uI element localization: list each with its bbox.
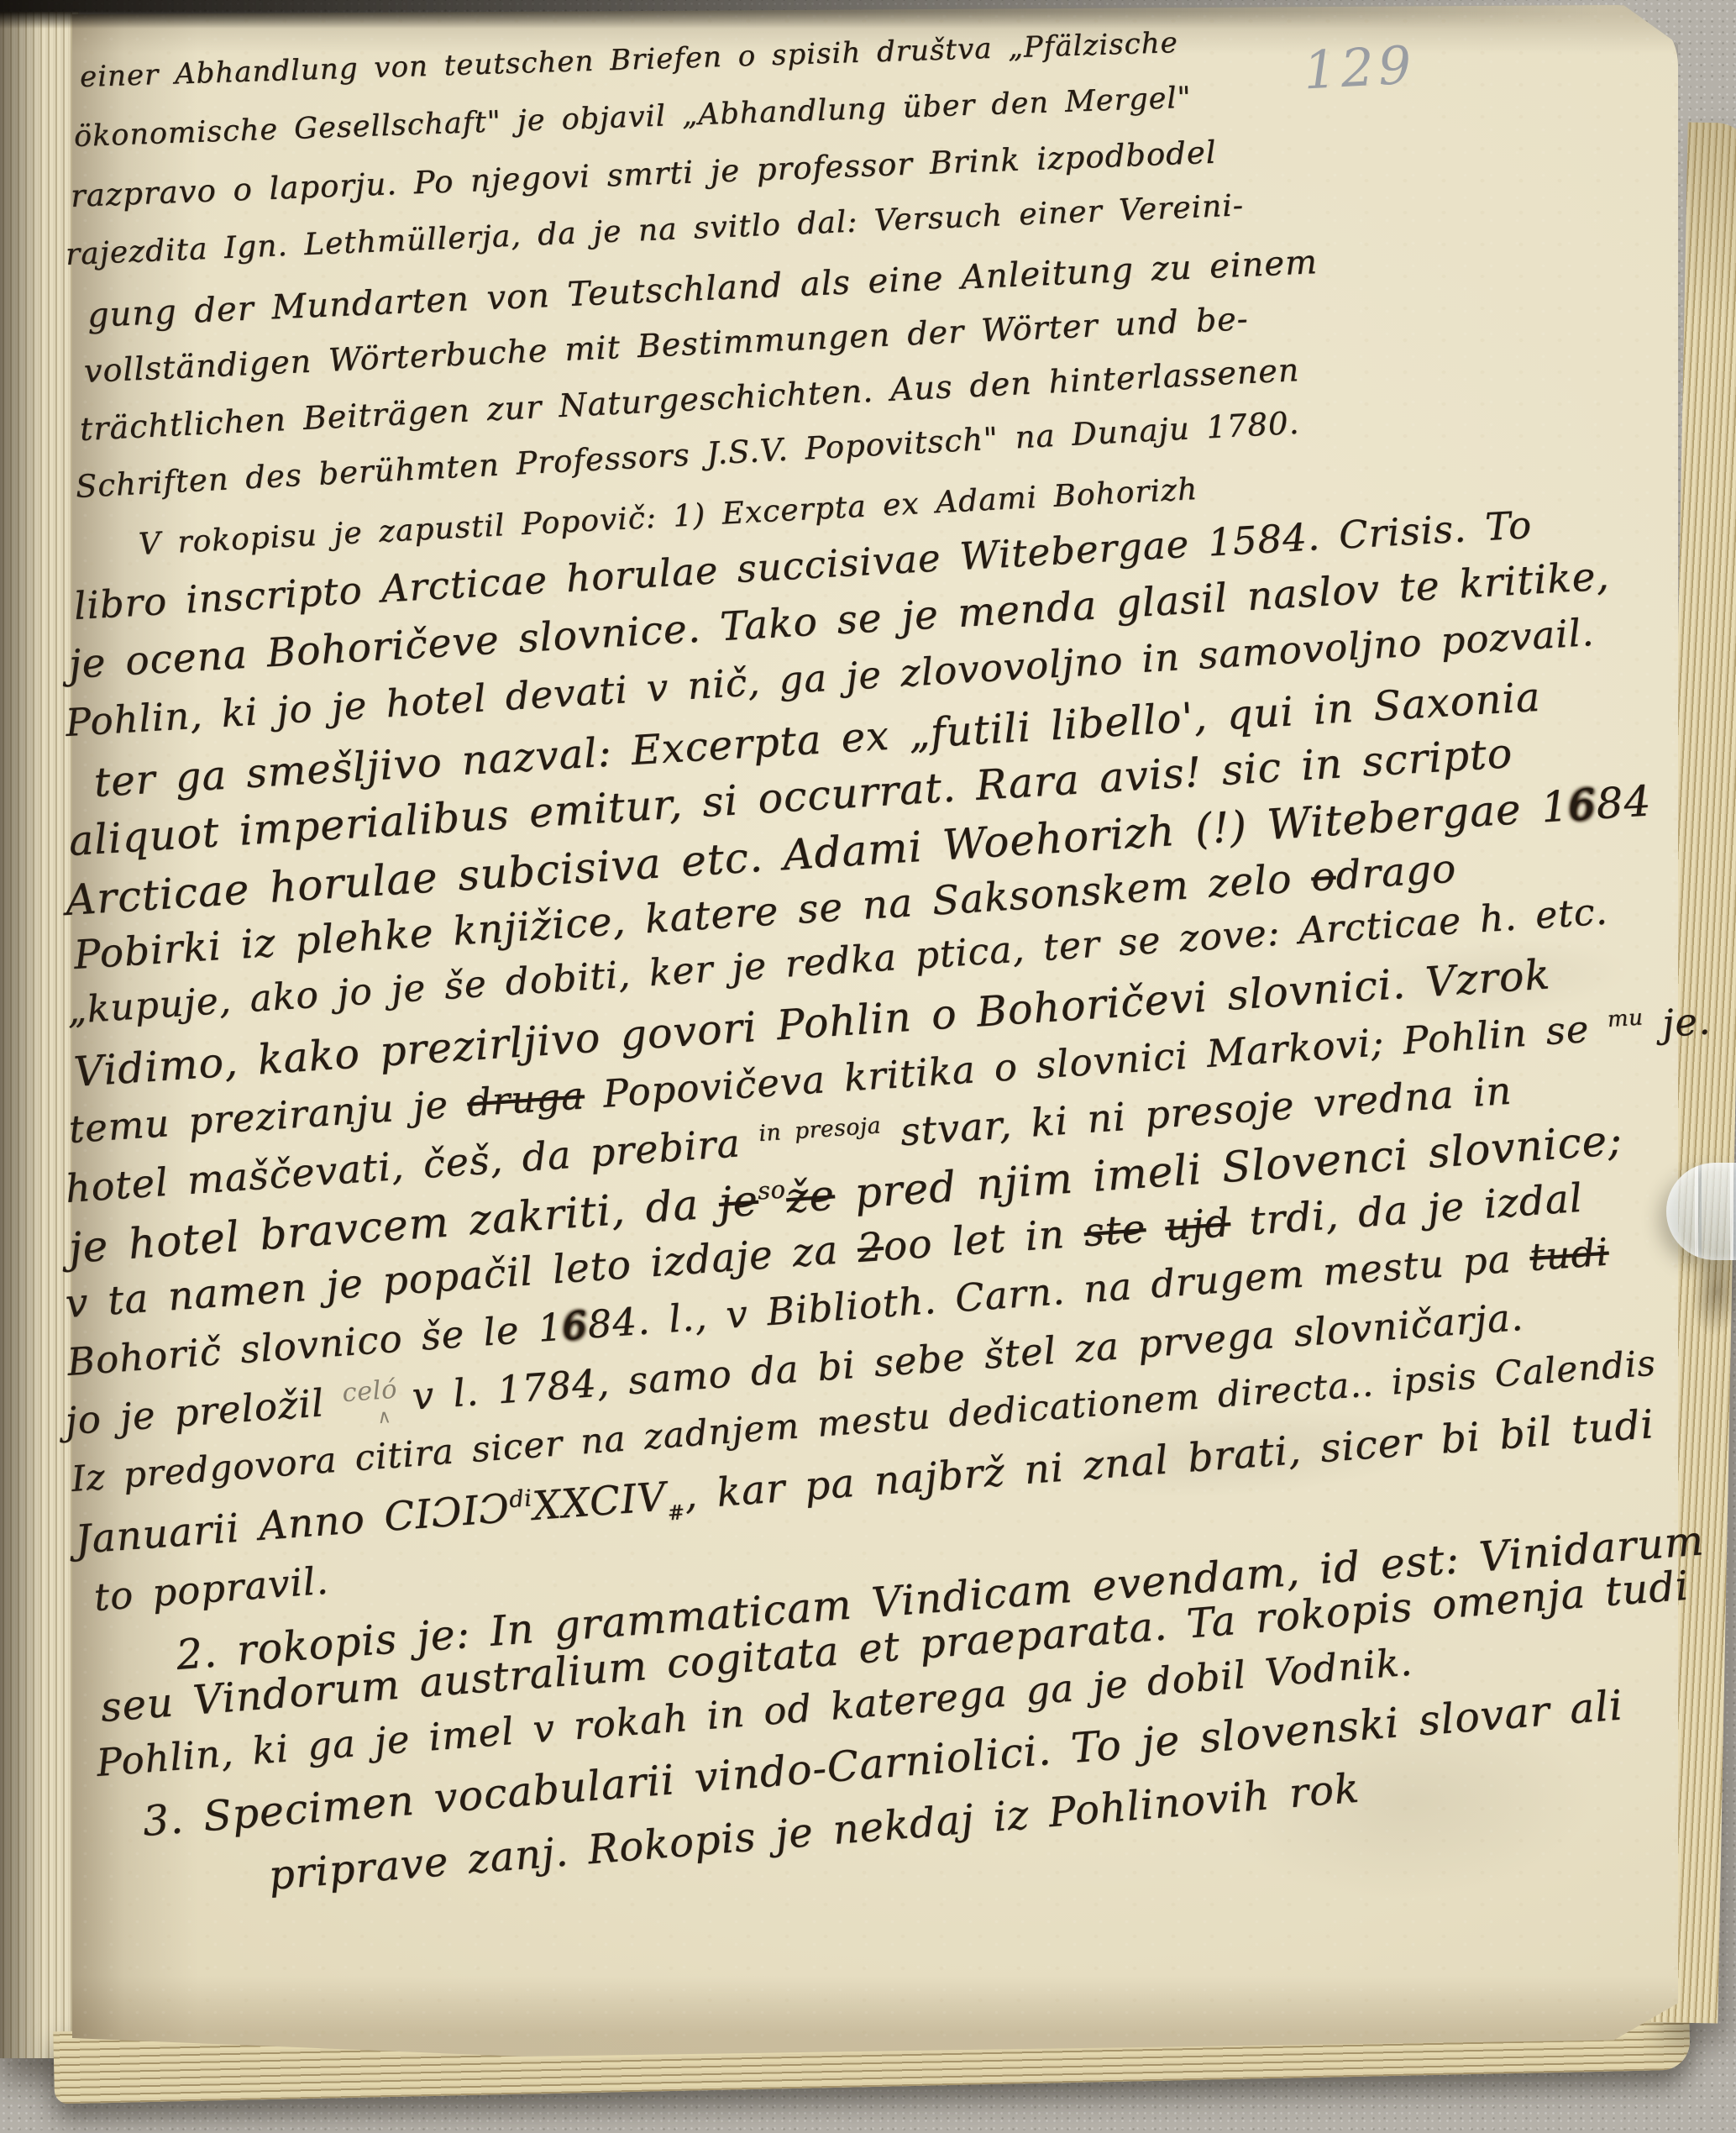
- handwriting-segment: Januarii Anno CIƆIƆ: [74, 1485, 511, 1563]
- handwriting-segment: 6: [1567, 780, 1597, 830]
- handwriting-segment: #: [667, 1500, 687, 1525]
- handwriting-segment: oo let in: [882, 1210, 1086, 1270]
- handwriting-segment: je.: [1642, 998, 1712, 1047]
- handwriting-segment: 84: [1595, 776, 1653, 828]
- handwriting-segment: že: [784, 1170, 837, 1222]
- handwriting-segment: ujd: [1163, 1200, 1232, 1250]
- handwriting-segment: 2: [856, 1224, 885, 1272]
- manuscript-lines: einer Abhandlung von teutschen Briefen o…: [0, 0, 1736, 2133]
- manuscript-line: to popravil.: [92, 1558, 330, 1621]
- handwriting-segment: druga: [465, 1073, 585, 1125]
- handwriting-segment: je: [717, 1176, 760, 1227]
- book-top-shadow: [0, 0, 1667, 29]
- pencil-annotation: ∧: [376, 1405, 392, 1428]
- handwriting-segment: tudi: [1528, 1230, 1610, 1280]
- handwriting-segment: to popravil.: [92, 1558, 330, 1620]
- photo-scene: einer Abhandlung von teutschen Briefen o…: [0, 0, 1736, 2133]
- handwriting-segment: so: [757, 1174, 787, 1205]
- page-number-pencil: 129: [1302, 34, 1417, 102]
- handwriting-segment: in presoja: [758, 1112, 881, 1147]
- handwriting-segment: di: [508, 1485, 532, 1513]
- book-corner-shadow: [0, 0, 353, 252]
- handwriting-segment: 6: [561, 1303, 589, 1349]
- handwriting-segment: jo je preložil: [64, 1379, 344, 1444]
- pencil-annotation: celó: [341, 1375, 398, 1409]
- handwriting-segment: o: [1309, 854, 1337, 901]
- handwriting-segment: drago: [1335, 845, 1458, 899]
- handwriting-segment: XXCIV: [531, 1474, 668, 1530]
- handwriting-segment: mu: [1607, 1005, 1644, 1032]
- handwriting-segment: ste: [1083, 1206, 1147, 1256]
